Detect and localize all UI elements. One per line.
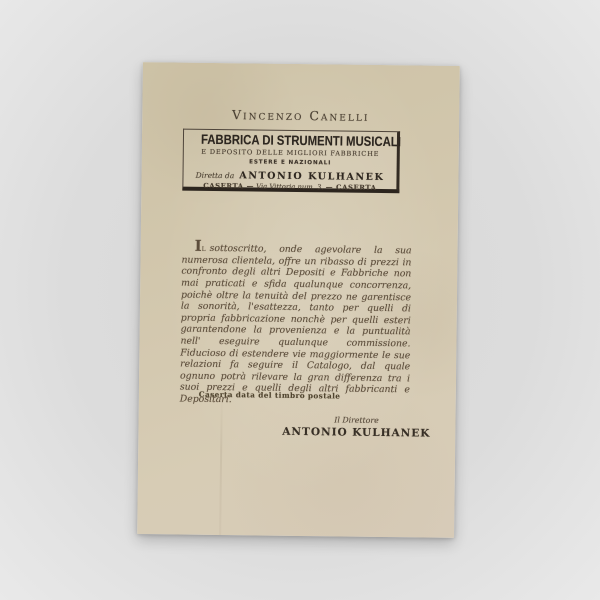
- masthead-line3: ESTERE E NAZIONALI: [184, 159, 397, 169]
- address-right: — CASERTA: [326, 183, 377, 192]
- masthead-subtitle: E DEPOSITO DELLE MIGLIORI FABBRICHE: [184, 148, 397, 159]
- signature-role: Il Direttore: [250, 414, 462, 426]
- document-paper: Vincenzo Canelli FABBRICA DI STRUMENTI M…: [137, 62, 460, 538]
- address-street: Via Vittoria num. 3.: [256, 182, 323, 191]
- address-left: CASERTA —: [203, 182, 254, 191]
- director-name: ANTONIO KULHANEK: [239, 170, 384, 183]
- body-paragraph-text: sottoscritto, onde agevolare la sua nume…: [180, 243, 412, 405]
- owner-name: Vincenzo Canelli: [142, 106, 459, 125]
- address-line: CASERTA — Via Vittoria num. 3. — CASERTA: [183, 182, 396, 194]
- masthead-title: FABBRICA DI STRUMENTI MUSICALI: [201, 133, 380, 149]
- masthead-box: FABBRICA DI STRUMENTI MUSICALI E DEPOSIT…: [182, 129, 400, 194]
- dropcap-small: l: [202, 244, 207, 253]
- photo-background: { "photo": { "background_color": "#dcdcd…: [0, 0, 600, 600]
- directed-line: Diretta da ANTONIO KULHANEK: [183, 168, 396, 184]
- directed-prefix: Diretta da: [196, 171, 235, 180]
- dateline: Caserta data del timbro postale: [199, 390, 341, 401]
- signature-name: ANTONIO KULHANEK: [250, 425, 462, 440]
- body-paragraph: Ilsottoscritto, onde agevolare la sua nu…: [180, 241, 412, 408]
- signature-block: Il Direttore ANTONIO KULHANEK: [250, 414, 462, 440]
